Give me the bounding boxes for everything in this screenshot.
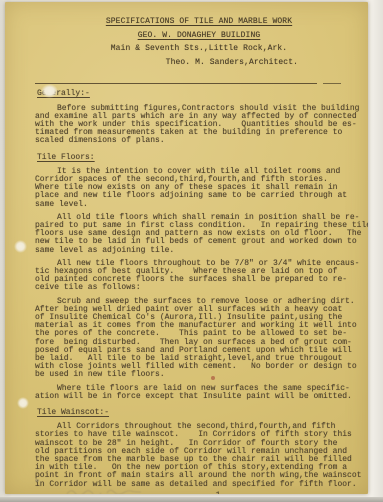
para-tile-floors-5: Where tile floors are laid on new surfac… [35, 385, 368, 401]
heading-tile-wainscot: Tile Wainscot:- [37, 409, 368, 417]
document-page: SPECIFICATIONS OF TILE AND MARBLE WORK G… [5, 2, 368, 494]
para-tile-wainscot-1: All Corridors throughout the second,thir… [35, 423, 368, 489]
header-divider [35, 80, 368, 82]
heading-tile-floors: Tile Floors: [37, 154, 368, 162]
doc-title: SPECIFICATIONS OF TILE AND MARBLE WORK [30, 18, 368, 26]
para-tile-floors-3: All new tile floors throughout to be 7/8… [35, 260, 368, 293]
scan-backing: SPECIFICATIONS OF TILE AND MARBLE WORK G… [0, 0, 383, 502]
hole-punch-top [41, 84, 58, 98]
para-tile-floors-2: All old tile floors which shall remain i… [35, 214, 368, 255]
header-divider-dash [323, 82, 341, 84]
para-generally-1: Before submitting figures,Contractors sh… [35, 105, 368, 146]
hole-punch-middle [14, 240, 27, 253]
doc-architect: Theo. M. Sanders,Architect. [30, 59, 368, 67]
heading-generally: Generally:- [37, 90, 368, 98]
doc-address: Main & Seventh Sts.,Little Rock,Ark. [30, 45, 368, 53]
para-tile-floors-4: Scrub and sweep the surfaces to remove l… [35, 298, 368, 380]
page-content: SPECIFICATIONS OF TILE AND MARBLE WORK G… [5, 2, 368, 494]
gray-speck [35, 479, 39, 482]
header-divider-line [35, 82, 317, 84]
scan-edge-shadow [0, 497, 383, 502]
hole-punch-bottom [17, 397, 29, 409]
pencil-smudge [65, 486, 147, 494]
red-ink-speck [211, 376, 215, 380]
para-tile-floors-1: It is the intention to cover with tile a… [35, 168, 368, 209]
doc-building-name: GEO. W. DONAGHEY BUILDING [30, 32, 368, 40]
